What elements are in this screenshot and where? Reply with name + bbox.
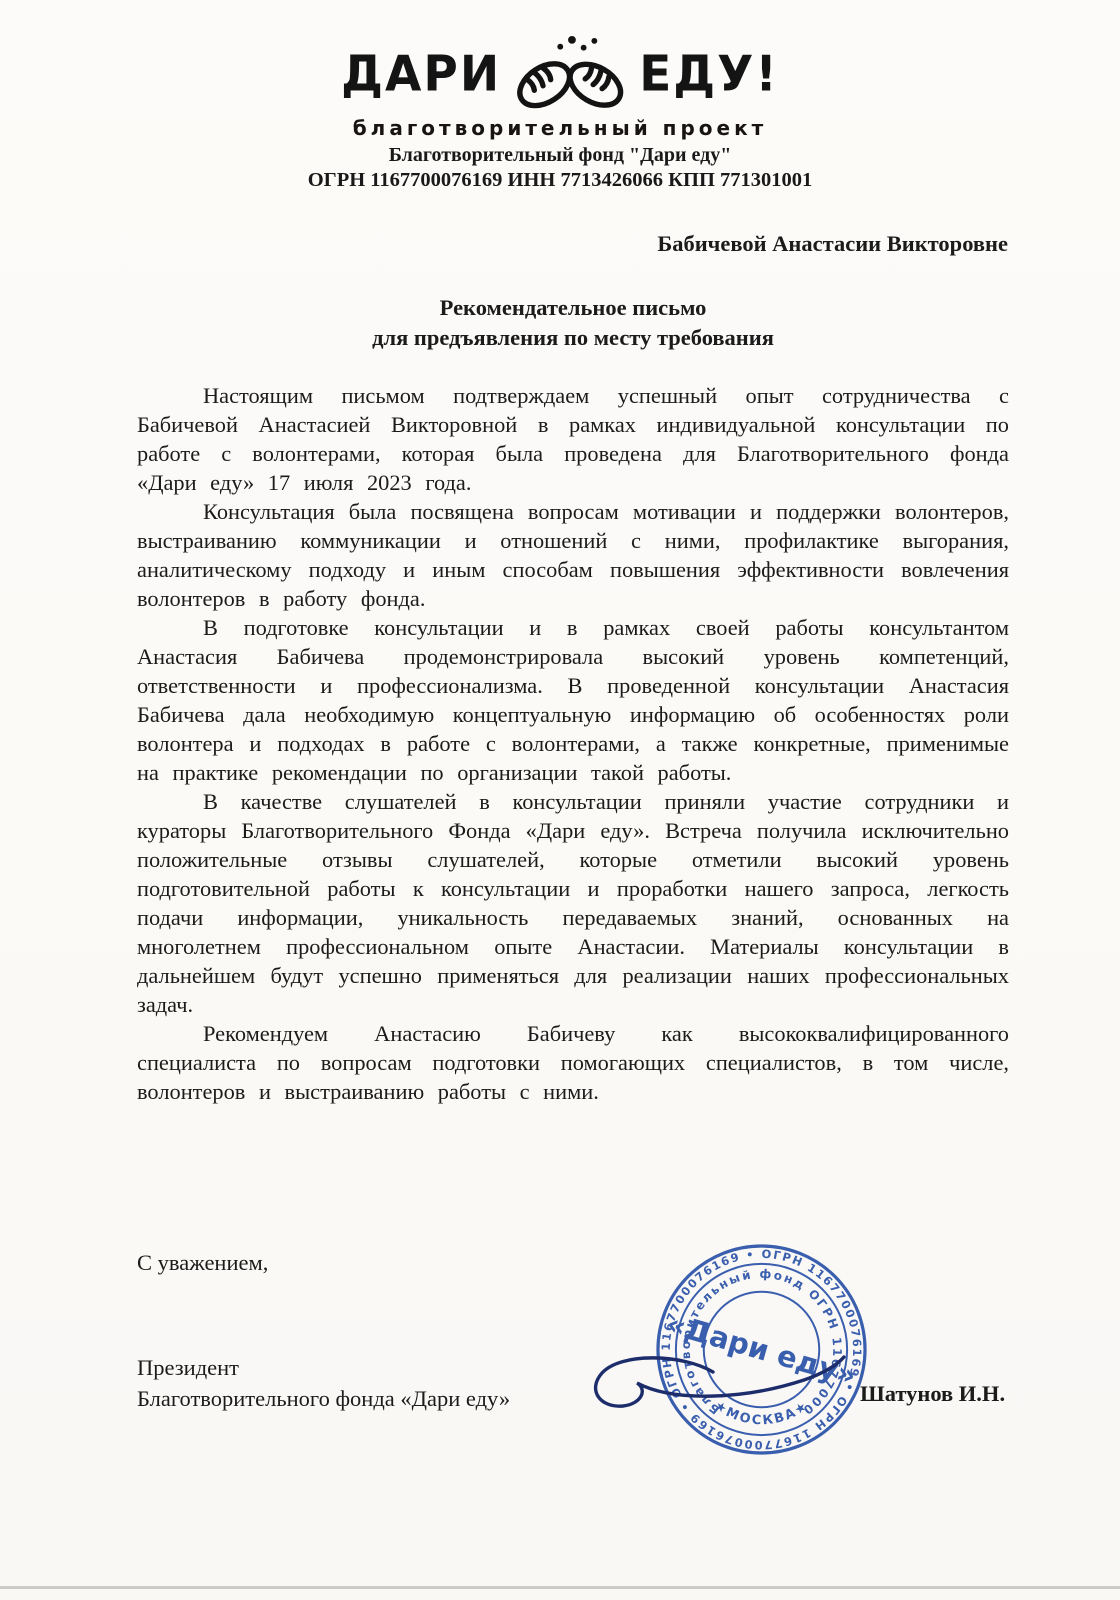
- title-line-2: для предъявления по месту требования: [137, 323, 1009, 353]
- paragraph-1: Настоящим письмом подтверждаем успешный …: [137, 381, 1009, 497]
- paragraph-5: Рекомендуем Анастасию Бабичеву как высок…: [137, 1019, 1009, 1106]
- document-title: Рекомендательное письмо для предъявления…: [137, 293, 1009, 353]
- project-subtitle: благотворительный проект: [0, 116, 1120, 140]
- paragraph-2: Консультация была посвящена вопросам мот…: [137, 497, 1009, 613]
- letterhead: ДАРИ: [0, 34, 1120, 192]
- signer-position: Президент Благотворительного фонда «Дари…: [137, 1352, 510, 1414]
- requisites-line: ОГРН 1167700076169 ИНН 7713426066 КПП 77…: [0, 169, 1120, 192]
- crumbs-dots: [558, 36, 598, 51]
- title-line-1: Рекомендательное письмо: [137, 293, 1009, 323]
- paragraph-4: В качестве слушателей в консультации при…: [137, 787, 1009, 1019]
- position-line-1: Президент: [137, 1352, 510, 1383]
- regards-line: С уважением,: [137, 1250, 268, 1276]
- signer-name: Шатунов И.Н.: [860, 1381, 1005, 1407]
- logo: ДАРИ: [0, 34, 1120, 114]
- addressee-line: Бабичевой Анастасии Викторовне: [657, 231, 1008, 257]
- position-line-2: Благотворительного фонда «Дари еду»: [137, 1383, 510, 1414]
- scan-artifact-line: [0, 1586, 1120, 1589]
- paragraph-3: В подготовке консультации и в рамках сво…: [137, 613, 1009, 787]
- handwritten-signature: [583, 1338, 855, 1422]
- scanned-letter-page: ДАРИ: [0, 0, 1120, 1600]
- fund-name-line: Благотворительный фонд "Дари еду": [0, 144, 1120, 167]
- bread-loaves-icon: [511, 36, 629, 112]
- logo-word-edu: ЕДУ!: [639, 45, 779, 102]
- logo-word-dari: ДАРИ: [341, 45, 501, 102]
- letter-body: Настоящим письмом подтверждаем успешный …: [137, 381, 1009, 1106]
